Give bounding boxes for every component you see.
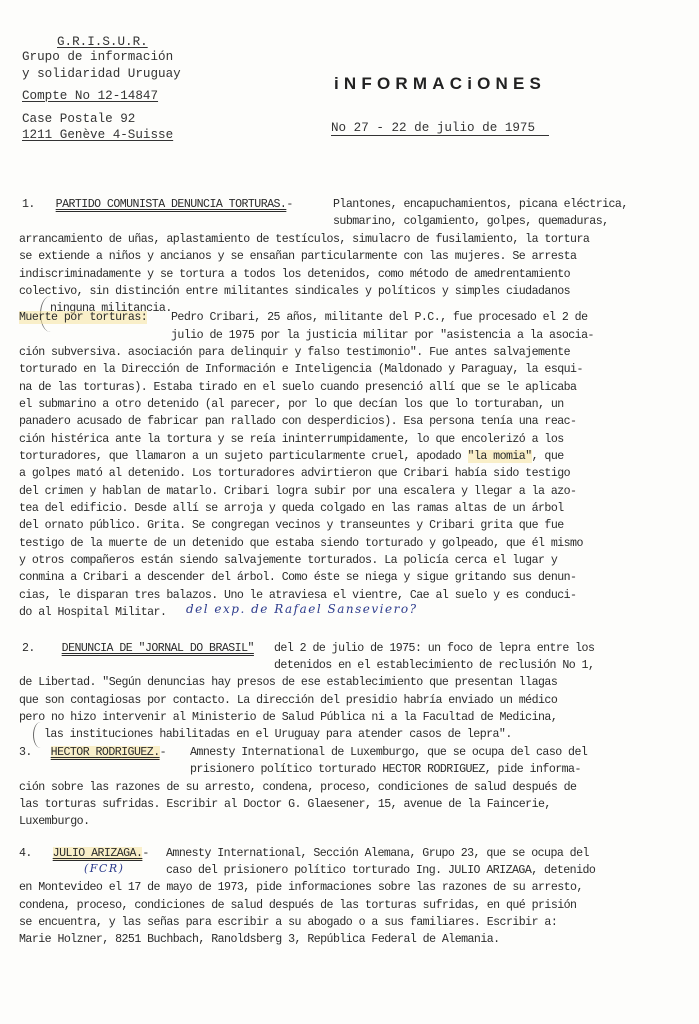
address-line1: Case Postale 92 [22, 111, 135, 128]
publication-title: iNFORMACiONES [334, 74, 546, 94]
text-line: se extiende a niños y ancianos y se ensa… [19, 248, 576, 265]
issue-info: No 27 - 22 de julio de 1975 [331, 121, 549, 136]
text-line: caso del prisionero político torturado I… [166, 862, 595, 879]
section-heading: JULIO ARIZAGA. [53, 847, 143, 860]
section-heading: HECTOR RODRIGUEZ. [51, 746, 160, 759]
text-line: detenidos en el establecimiento de reclu… [274, 657, 594, 674]
text-line: arrancamiento de uñas, aplastamiento de … [19, 231, 589, 248]
text-line: se encuentra, y las señas para escribir … [19, 914, 557, 931]
text-line: y otros compañeros están siendo salvajem… [19, 552, 557, 569]
text-line: do al Hospital Militar. [19, 604, 166, 621]
section-heading: DENUNCIA DE "JORNAL DO BRASIL" [62, 642, 254, 655]
text-line: Marie Holzner, 8251 Buchbach, Ranoldsber… [19, 931, 500, 948]
text-line: a golpes mató al detenido. Los torturado… [19, 465, 570, 482]
section-number: 4. [19, 847, 32, 860]
text-line: del crimen y hablan de matarlo. Cribari … [19, 483, 576, 500]
handwritten-note: (FCR) [84, 860, 124, 877]
text-line: Luxemburgo. [19, 813, 89, 830]
text-line: en Montevideo el 17 de mayo de 1973, pid… [19, 879, 583, 896]
text-line: el submarino a otro detenido (al parecer… [19, 396, 564, 413]
section-number: 1. [22, 198, 35, 211]
text-line: indiscriminadamente y se tortura a todos… [19, 266, 570, 283]
section-number: 3. [19, 746, 32, 759]
handwritten-note: del exp. de Rafael Sanseviero? [186, 601, 418, 618]
account-number: Compte No 12-14847 [22, 88, 158, 105]
text-line: na de las torturas). Estaba tirado en el… [19, 379, 576, 396]
text-line: torturadores, que llamaron a un sujeto p… [19, 448, 564, 465]
text-line: colectivo, sin distinción entre militant… [19, 283, 570, 300]
text-line: Plantones, encapuchamientos, picana eléc… [333, 196, 628, 213]
text-line: pero no hizo intervenir al Ministerio de… [19, 709, 557, 726]
text-line: torturado en la Dirección de Información… [19, 361, 583, 378]
text-line: del ornato público. Grita. Se congregan … [19, 517, 564, 534]
text-line: del 2 de julio de 1975: un foco de lepra… [274, 640, 594, 657]
text-line: panadero acusado de fabricar pan rallado… [19, 413, 576, 430]
org-name-line2: y solidaridad Uruguay [22, 66, 181, 83]
nickname-highlight: "la momia" [468, 450, 532, 463]
text-line: testigo de la muerte de un detenido que … [19, 535, 583, 552]
text-line: condena, proceso, condiciones de salud d… [19, 897, 576, 914]
text-line: que son contagiosas por contacto. La dir… [19, 692, 557, 709]
text-line: Amnesty International de Luxemburgo, que… [190, 744, 587, 761]
text-line: submarino, colgamiento, golpes, quemadur… [333, 213, 609, 230]
address-line2: 1211 Genève 4-Suisse [22, 127, 173, 144]
text-line: prisionero político torturado HECTOR ROD… [190, 761, 581, 778]
section-heading: PARTIDO COMUNISTA DENUNCIA TORTURAS. [56, 198, 287, 211]
text-line: conmina a Cribari a descender del árbol.… [19, 569, 576, 586]
text-line: Amnesty International, Sección Alemana, … [166, 845, 589, 862]
text-line: ción sobre las razones de su arresto, co… [19, 779, 576, 796]
text-line: ción subversiva. asociación para delinqu… [19, 344, 570, 361]
text-line: Pedro Cribari, 25 años, militante del P.… [171, 309, 587, 326]
text-line: ción histérica ante la tortura y se reía… [19, 431, 564, 448]
text-line: tea del edificio. Desde allí se arroja y… [19, 500, 564, 517]
text-line: las torturas sufridas. Escribir al Docto… [19, 796, 551, 813]
subsection-heading: Muerte por torturas: [19, 311, 147, 324]
text-line: de Libertad. "Según denuncias hay presos… [19, 674, 557, 691]
section-number: 2. [22, 642, 35, 655]
text-line: las instituciones habilitadas en el Urug… [44, 726, 512, 743]
text-line: julio de 1975 por la justicia militar po… [171, 327, 594, 344]
org-name-line1: Grupo de información [22, 49, 173, 66]
